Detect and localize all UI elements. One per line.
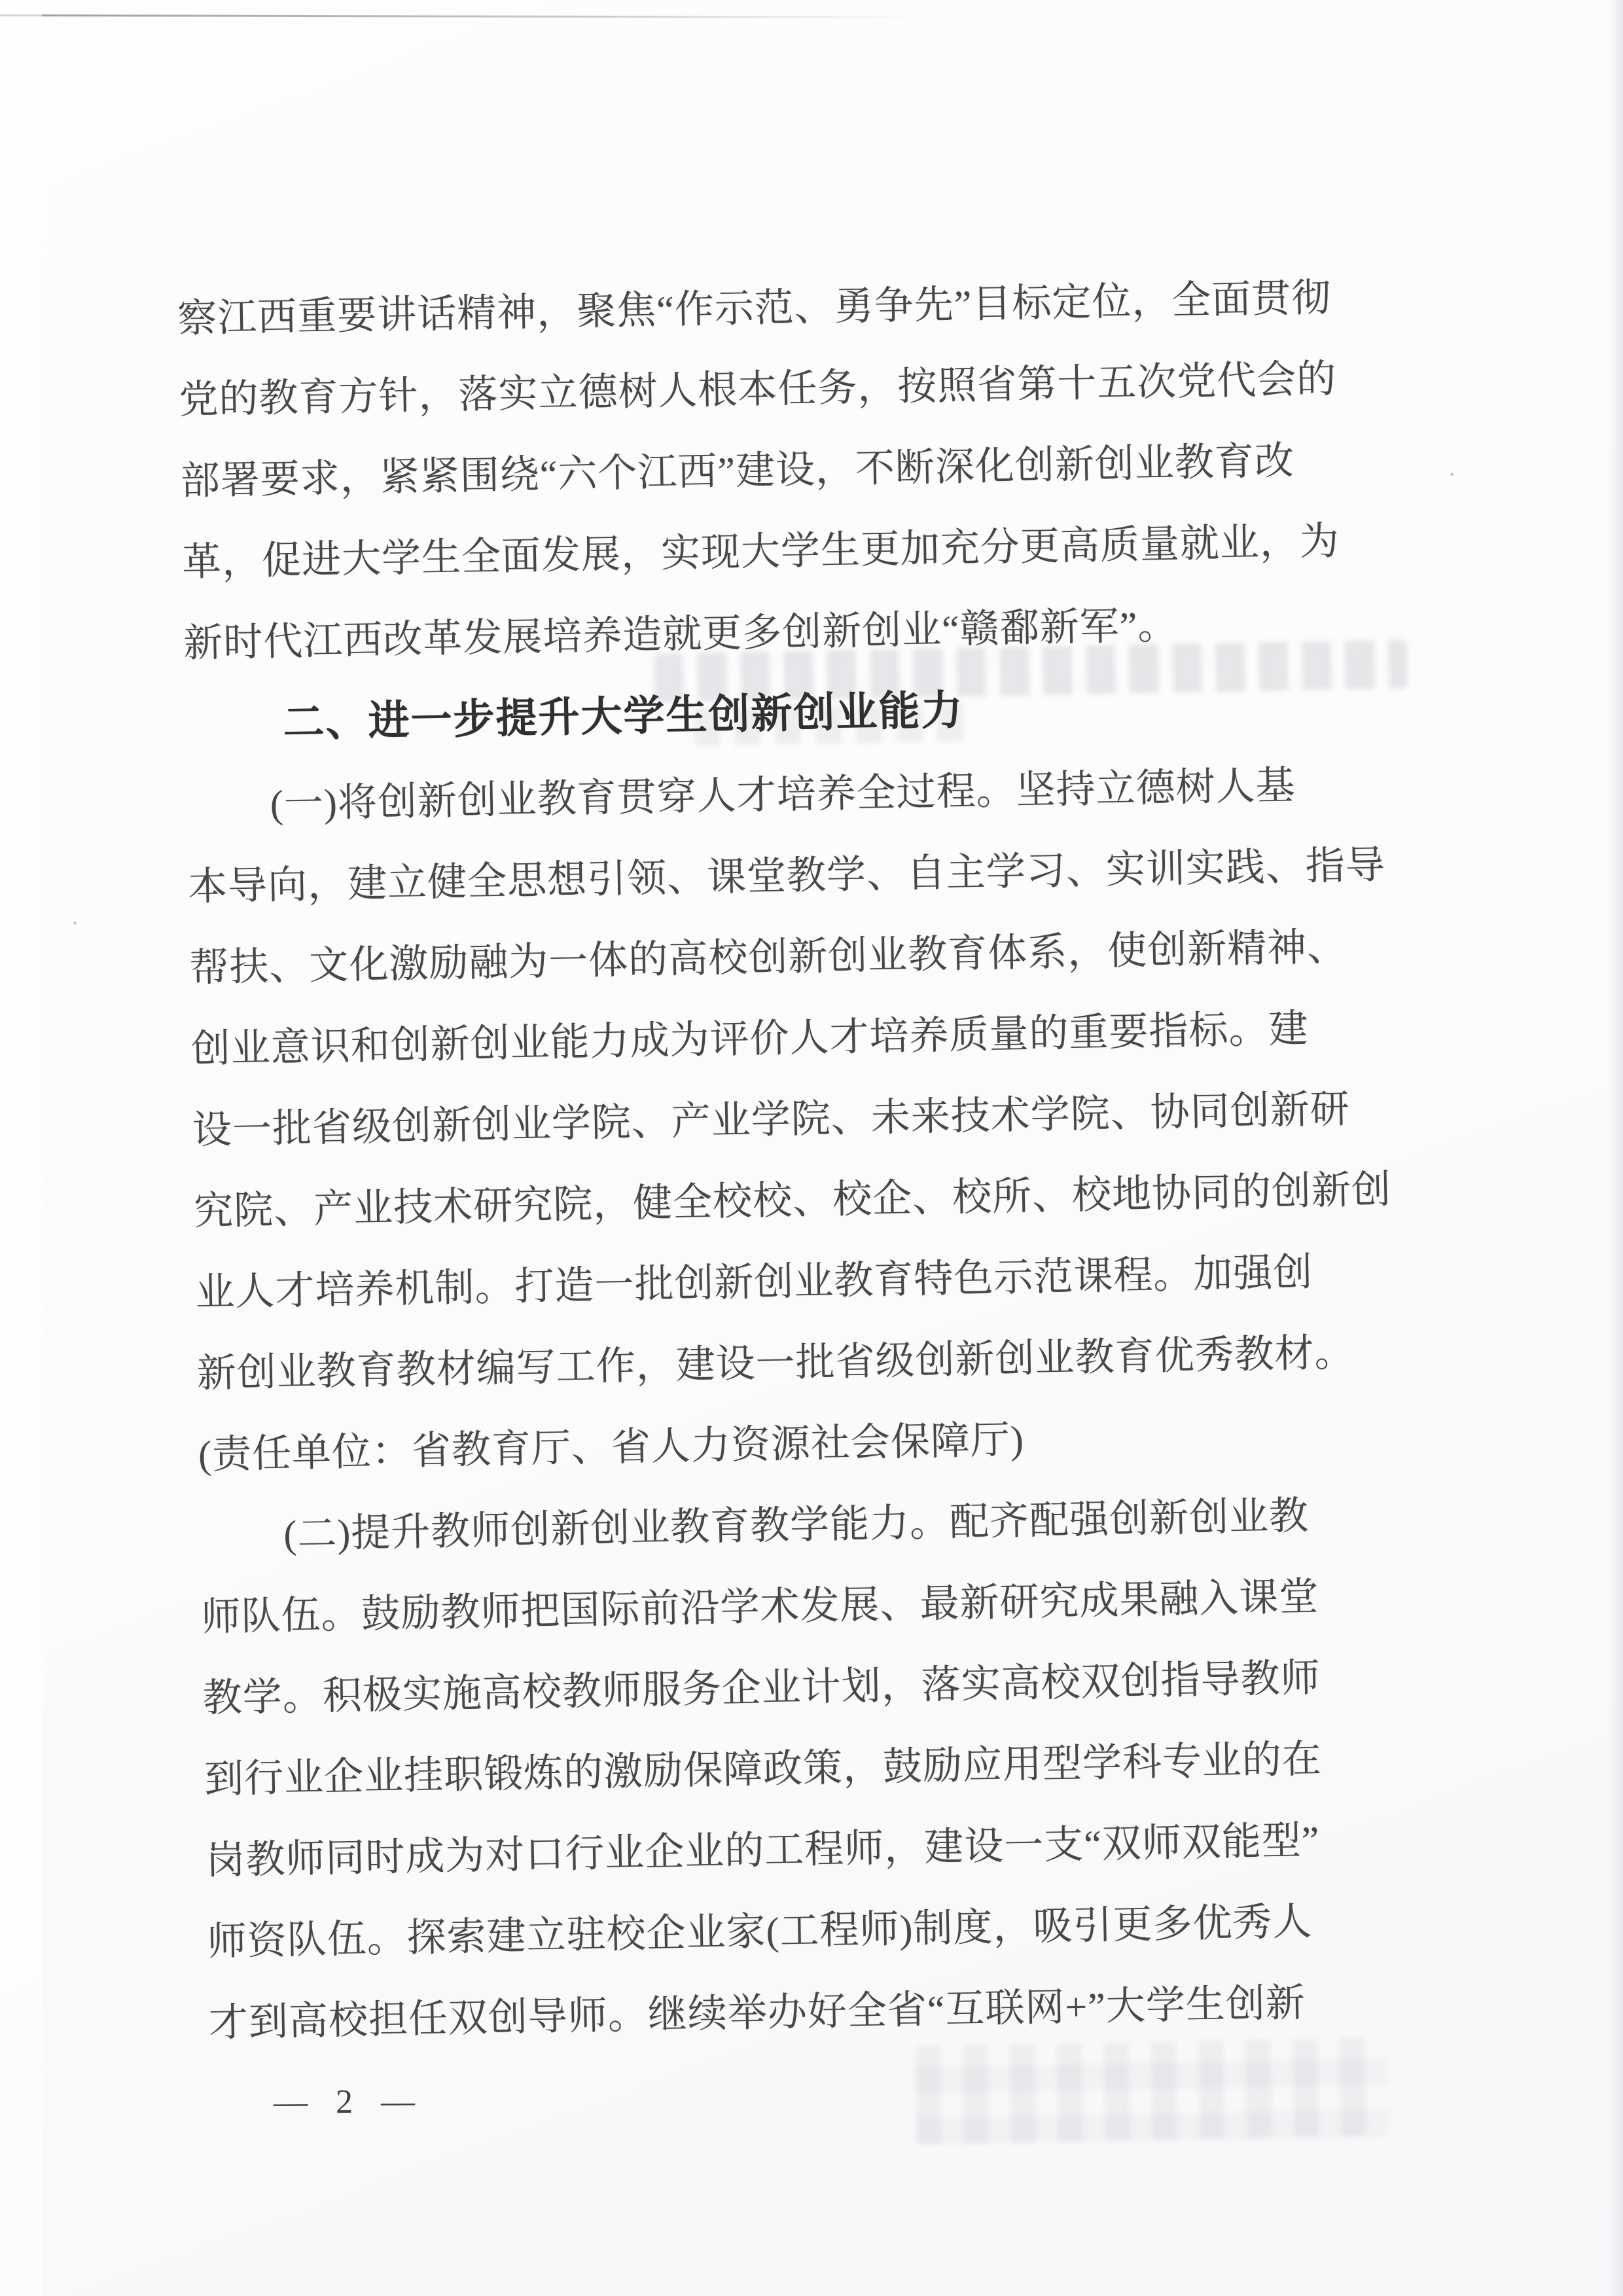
page-number: — 2 —	[274, 2082, 416, 2122]
scan-speck	[73, 922, 77, 925]
ink-bleed-through-band	[916, 2037, 1389, 2144]
scan-paper-top-edge	[0, 14, 929, 18]
scan-left-bright-strip	[0, 0, 42, 2296]
document-body: 察江西重要讲话精神，聚焦“作示范、勇争先”目标定位，全面贯彻 党的教育方针，落实…	[177, 256, 1420, 2063]
scan-speck	[1450, 473, 1454, 476]
scan-right-edge-shadow	[1609, 0, 1623, 2296]
scanned-document-page: 察江西重要讲话精神，聚焦“作示范、勇争先”目标定位，全面贯彻 党的教育方针，落实…	[0, 0, 1623, 2296]
